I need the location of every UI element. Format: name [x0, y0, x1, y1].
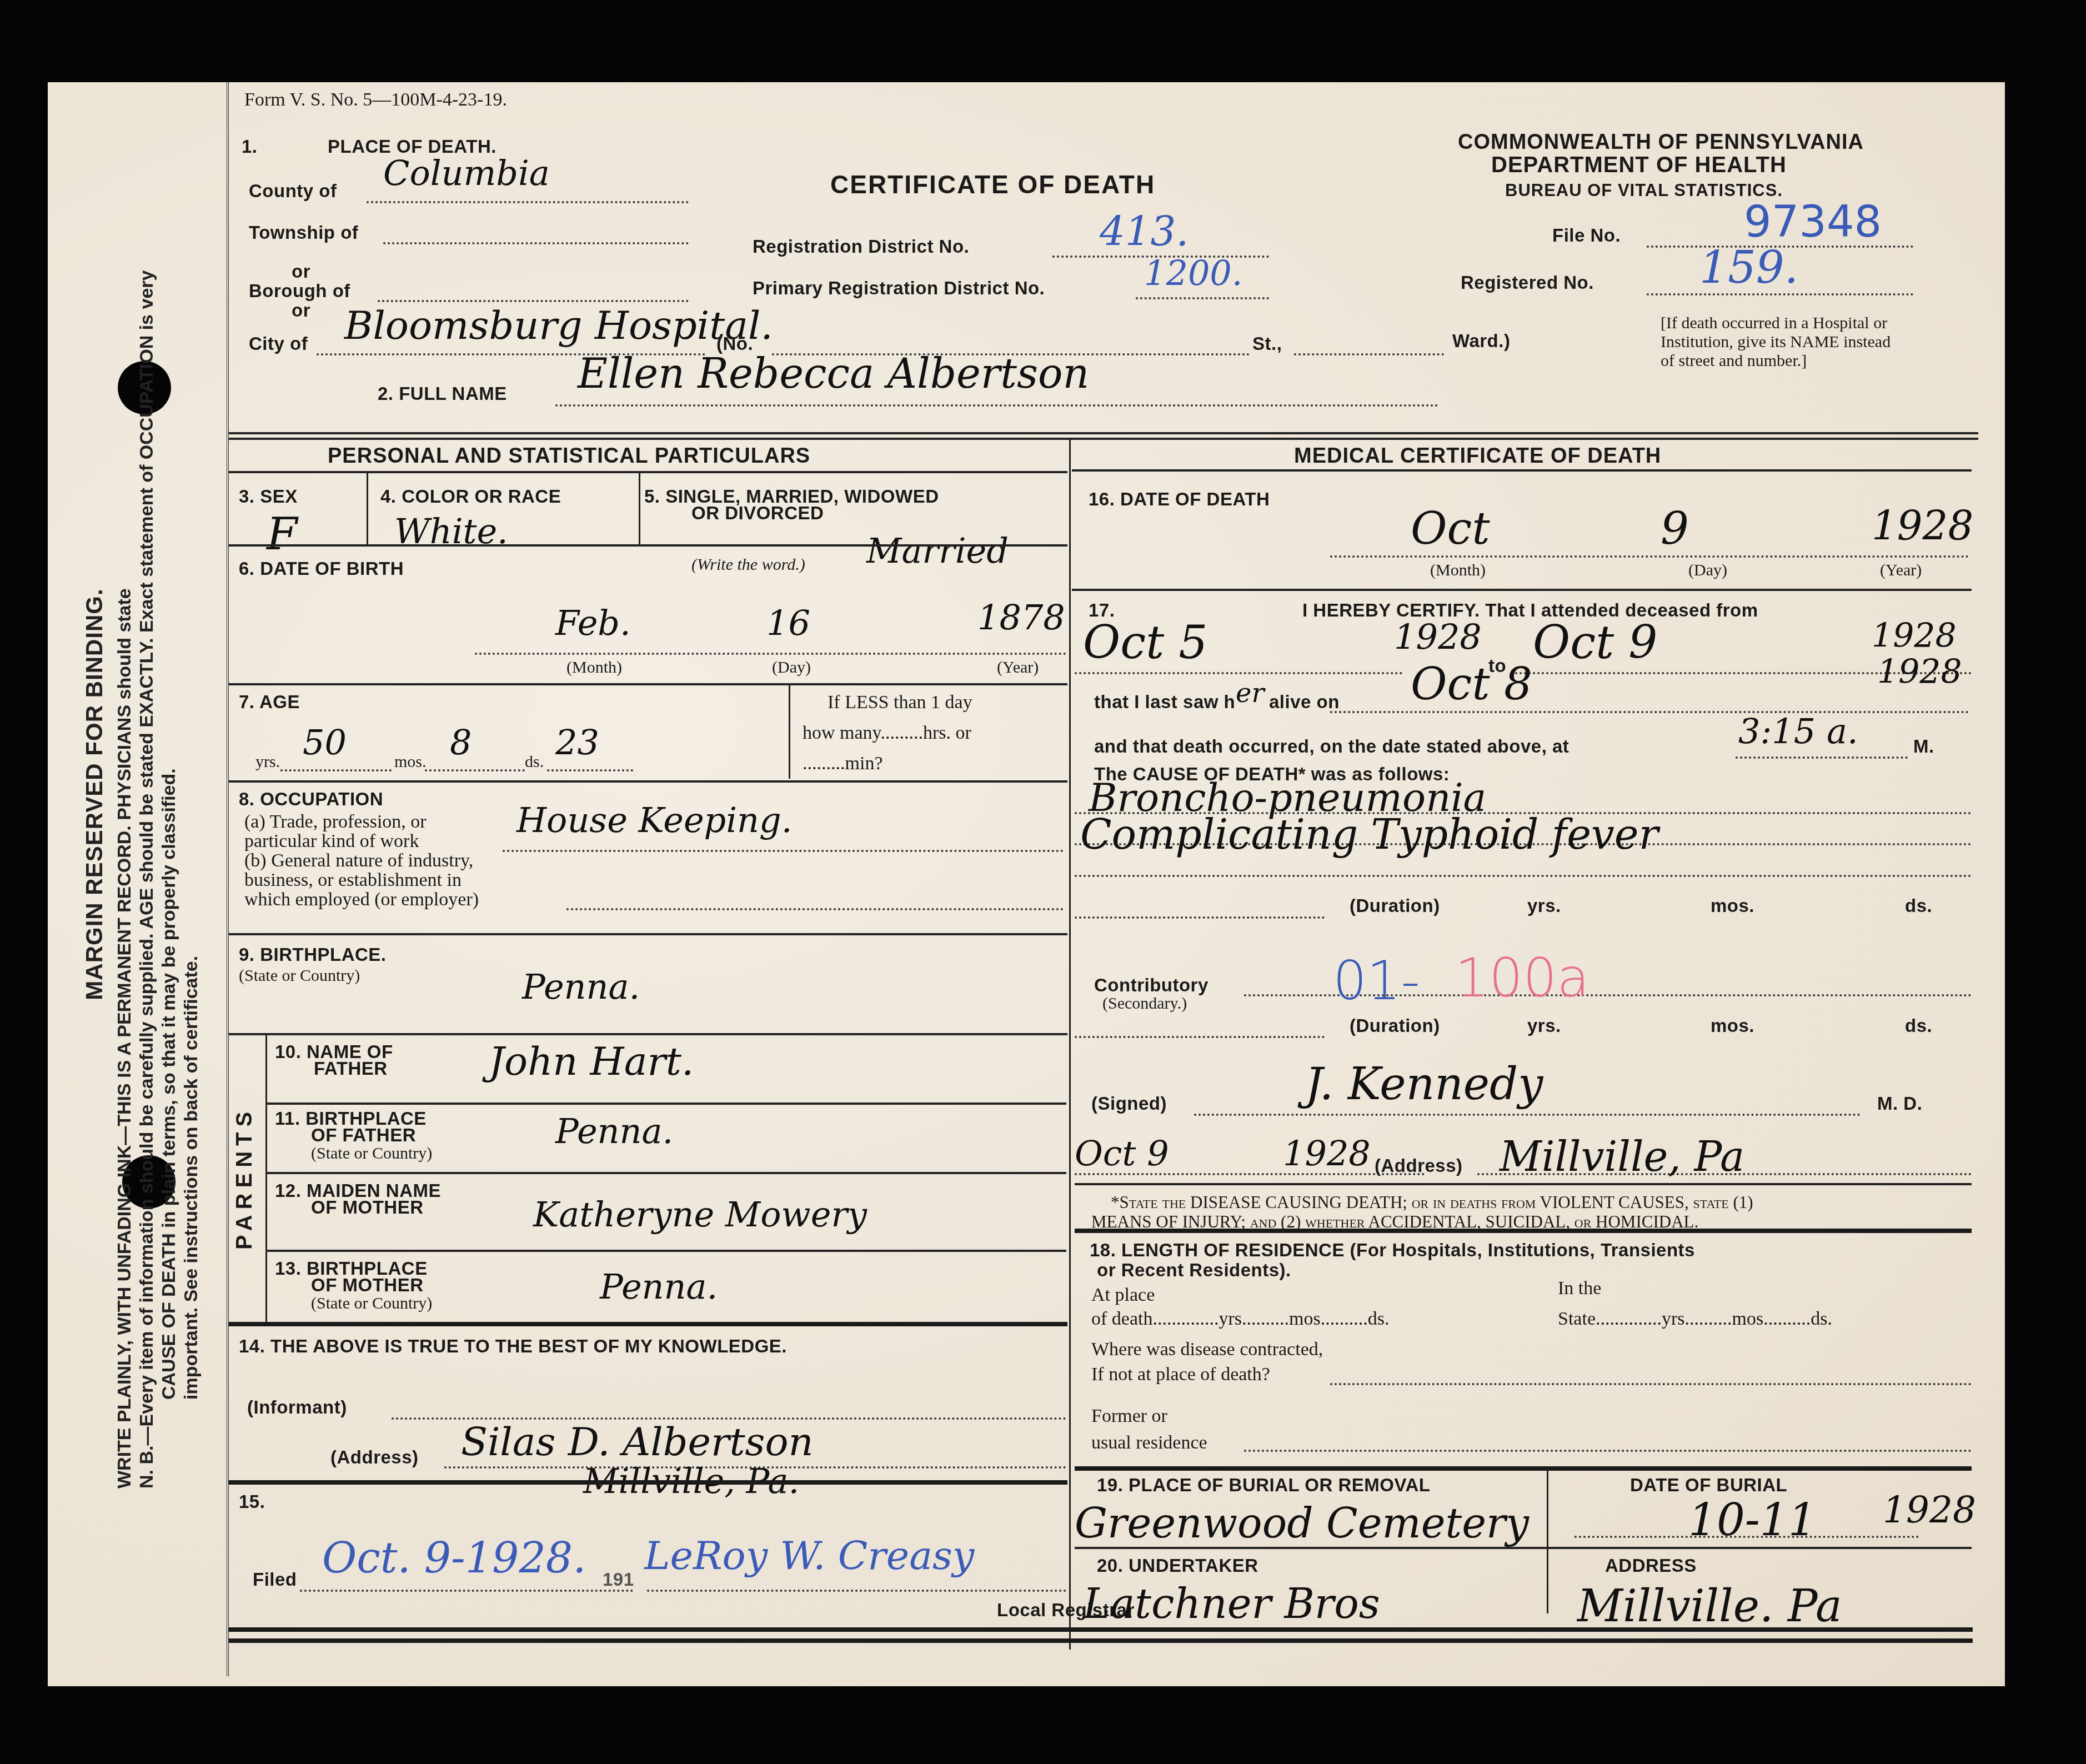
ward-label: Ward.) [1452, 330, 1510, 352]
mother-birthplace-hint: (State or Country) [311, 1294, 432, 1313]
medical-heading: MEDICAL CERTIFICATE OF DEATH [1294, 444, 1661, 468]
occupation-line [503, 850, 1064, 852]
margin-line-2: N. B.—Every item of information should b… [136, 100, 158, 1489]
birthplace-hint: (State or Country) [239, 966, 360, 985]
city-label: City of [249, 333, 308, 354]
residence-label-2: or Recent Residents). [1097, 1260, 1291, 1281]
burial-place: Greenwood Cemetery [1075, 1500, 1529, 1547]
duration-label-2: (Duration) [1350, 1015, 1440, 1036]
divider-medical [1072, 469, 1972, 472]
age-days: 23 [555, 722, 599, 763]
industry-line [566, 908, 1064, 910]
divider-undertaker [1075, 1547, 1972, 1549]
mother-maiden-name: Katheryne Mowery [533, 1194, 867, 1235]
death-occurred-label: and that death occurred, on the date sta… [1094, 736, 1569, 757]
occupation-b-2: business, or establishment in [244, 869, 462, 891]
registrar-line [647, 1590, 1066, 1592]
age-yrs-line [280, 769, 392, 771]
age-mos-line [425, 769, 525, 771]
father-label-2: FATHER [314, 1058, 388, 1079]
primary-district-label: Primary Registration District No. [753, 278, 1045, 299]
death-year-caption: (Year) [1880, 561, 1922, 580]
secondary-label: (Secondary.) [1102, 994, 1187, 1013]
mother-birthplace-value: Penna. [600, 1266, 718, 1307]
former-residence-line [1244, 1450, 1972, 1452]
alive-on-label: alive on [1269, 691, 1340, 713]
less-than-day: If LESS than 1 day [828, 691, 972, 714]
attended-to-date: Oct 9 [1533, 617, 1657, 669]
duration-label-1: (Duration) [1350, 895, 1440, 916]
race-divider [639, 472, 640, 544]
dob-month-caption: (Month) [566, 658, 622, 677]
attended-to-year: 1928 [1872, 617, 1957, 655]
father-birthplace-hint: (State or Country) [311, 1144, 432, 1163]
county-label: County of [249, 181, 337, 202]
column-divider [1069, 439, 1071, 1650]
full-name-line [555, 404, 1438, 407]
contributory-label: Contributory [1094, 975, 1209, 996]
in-state-row: State..............yrs..........mos.....… [1558, 1308, 1832, 1330]
or-label-2: or [292, 300, 310, 321]
burial-year: 1928 [1883, 1489, 1976, 1531]
birthplace-label: 9. BIRTHPLACE. [239, 944, 387, 965]
death-year: 1928 [1872, 503, 1973, 549]
attended-from-year: 1928 [1394, 617, 1482, 657]
signed-date: Oct 9 [1075, 1133, 1169, 1174]
parents-section-label: PARENTS [232, 1106, 257, 1250]
where-contracted-1: Where was disease contracted, [1091, 1339, 1323, 1361]
write-word-hint: (Write the word.) [691, 555, 805, 574]
residence-label: 18. LENGTH OF RESIDENCE (For Hospitals, … [1090, 1240, 1695, 1261]
informant-statement: 14. THE ABOVE IS TRUE TO THE BEST OF MY … [239, 1336, 787, 1357]
age-label: 7. AGE [239, 691, 300, 713]
county-line [367, 201, 689, 203]
attended-from-line [1075, 672, 1402, 674]
township-line [383, 242, 689, 244]
divider-header [229, 432, 1978, 434]
death-month-caption: (Month) [1430, 561, 1486, 580]
certificate-title: CERTIFICATE OF DEATH [830, 169, 1155, 199]
informant-name: Silas D. Albertson [461, 1419, 814, 1465]
occupation-b-3: which employed (or employer) [244, 889, 479, 911]
informant-label: (Informant) [247, 1397, 347, 1418]
race-label: 4. COLOR OR RACE [380, 486, 561, 507]
dob-month: Feb. [555, 603, 631, 643]
divider-burial [1075, 1466, 1972, 1471]
dob-label: 6. DATE OF BIRTH [239, 558, 404, 579]
margin-line-1: WRITE PLAINLY, WITH UNFADING INK—THIS IS… [113, 100, 136, 1489]
at-place-of-death-row: of death..............yrs..........mos..… [1091, 1308, 1389, 1330]
bureau-heading: BUREAU OF VITAL STATISTICS. [1505, 181, 1783, 201]
age-years: 50 [303, 722, 347, 763]
divider-birthplace [229, 933, 1067, 935]
primary-district-line [1136, 297, 1269, 299]
hospital-note: [If death occurred in a Hospital or Inst… [1661, 314, 1894, 370]
township-label: Township of [249, 222, 358, 243]
undertaker-label: 20. UNDERTAKER [1097, 1555, 1258, 1576]
time-of-death-line [1736, 756, 1908, 759]
divider-age [229, 683, 1067, 685]
last-saw-year: 1928 [1877, 653, 1962, 691]
death-day-caption: (Day) [1688, 561, 1727, 580]
divider-footnote [1075, 1183, 1972, 1185]
how-many-min: .........min? [803, 753, 882, 775]
burial-date: 10-11 [1688, 1494, 1817, 1546]
burial-place-label: 19. PLACE OF BURIAL OR REMOVAL [1097, 1475, 1431, 1496]
former-residence-1: Former or [1091, 1405, 1167, 1427]
margin-reserved-note: MARGIN RESERVED FOR BINDING. [83, 100, 106, 1489]
classification-code-red: 100a [1455, 947, 1589, 1009]
cause-secondary: Complicating Typhoid fever [1080, 811, 1658, 859]
registered-no-label: Registered No. [1461, 272, 1594, 293]
footnote-line-1: *State the DISEASE CAUSING DEATH; or in … [1111, 1191, 1753, 1214]
dob-line [475, 653, 1066, 655]
undertaker-address-label: ADDRESS [1605, 1555, 1697, 1576]
last-saw-label: that I last saw h [1094, 691, 1235, 713]
personal-heading: PERSONAL AND STATISTICAL PARTICULARS [328, 444, 810, 468]
duration-mos-1: mos. [1711, 895, 1754, 916]
full-name-value: Ellen Rebecca Albertson [578, 350, 1089, 398]
sex-value: F [267, 508, 298, 560]
duration-yrs-1: yrs. [1527, 895, 1561, 916]
divider-father-bp [267, 1102, 1066, 1105]
in-the-label: In the [1558, 1277, 1601, 1300]
filed-date: Oct. 9-1928. [322, 1533, 586, 1582]
date-of-death-label: 16. DATE OF DEATH [1089, 489, 1270, 510]
registration-district-label: Registration District No. [753, 236, 969, 257]
full-name-label: 2. FULL NAME [378, 383, 507, 404]
attended-from-date: Oct 5 [1083, 617, 1207, 669]
occupation-value: House Keeping. [517, 800, 792, 840]
informant-address-label: (Address) [330, 1447, 419, 1468]
last-saw-pronoun-suffix: er [1236, 678, 1264, 709]
death-month: Oct [1411, 503, 1490, 554]
date-of-death-line [1330, 555, 1969, 558]
signed-year: 1928 [1283, 1133, 1371, 1174]
divider-informant [229, 1322, 1067, 1326]
father-name: John Hart. [489, 1039, 694, 1084]
duration-blank-1 [1075, 916, 1325, 919]
former-residence-2: usual residence [1091, 1432, 1207, 1454]
printed-year-prefix: 191 [603, 1569, 634, 1590]
time-of-death: 3:15 a. [1738, 711, 1858, 751]
registered-no-line [1647, 293, 1913, 295]
duration-blank-2 [1075, 1036, 1325, 1038]
occupation-b-1: (b) General nature of industry, [244, 850, 473, 872]
department-heading: DEPARTMENT OF HEALTH [1491, 153, 1787, 178]
last-saw-date: Oct 8 [1411, 658, 1532, 710]
marital-label-2: OR DIVORCED [691, 503, 824, 524]
filed-date-line [300, 1590, 633, 1592]
divider-mother [267, 1172, 1066, 1174]
occupation-label: 8. OCCUPATION [239, 789, 383, 810]
city-value: Bloomsburg Hospital. [344, 303, 773, 348]
dob-day-caption: (Day) [772, 658, 811, 677]
divider-certify [1072, 589, 1972, 591]
occupation-a-1: (a) Trade, profession, or [244, 811, 427, 833]
mother-birthplace-label-2: OF MOTHER [311, 1275, 423, 1296]
cause-line-3 [1075, 875, 1972, 877]
margin-line-3: CAUSE OF DEATH in plain terms, so that i… [158, 100, 180, 1489]
item-1-number: 1. [242, 136, 258, 157]
mother-label-2: OF MOTHER [311, 1197, 423, 1218]
margin-line-4: important. See instructions on back of c… [180, 100, 202, 1489]
yrs-label: yrs. [255, 753, 280, 771]
undertaker-name: Latchner Bros [1083, 1580, 1380, 1628]
sex-label: 3. SEX [239, 486, 298, 507]
dob-year-caption: (Year) [997, 658, 1039, 677]
divider-filing [229, 1480, 1067, 1485]
how-many-hours: how many.........hrs. or [803, 722, 971, 744]
registered-no-value: 159. [1699, 242, 1798, 293]
where-contracted-2: If not at place of death? [1091, 1364, 1270, 1386]
divider-bottom-2 [229, 1638, 1973, 1643]
duration-mos-2: mos. [1711, 1015, 1754, 1036]
borough-line [378, 300, 689, 302]
dob-year: 1878 [977, 597, 1065, 638]
margin-instructions: MARGIN RESERVED FOR BINDING. WRITE PLAIN… [83, 100, 228, 1489]
file-no-label: File No. [1552, 225, 1621, 246]
where-contracted-line [1330, 1383, 1972, 1385]
mos-label: mos. [394, 753, 427, 771]
physician-address-label: (Address) [1375, 1155, 1463, 1176]
divider-mother-bp [267, 1250, 1066, 1252]
divider-header-2 [229, 438, 1978, 440]
physician-address: Millville, Pa [1500, 1133, 1744, 1181]
file-no-value: 97348 [1744, 197, 1882, 247]
borough-label: Borough of [249, 280, 350, 302]
duration-ds-1: ds. [1905, 895, 1932, 916]
age-ds-line [547, 769, 633, 771]
at-place-label: At place [1091, 1284, 1155, 1306]
last-saw-line [1330, 711, 1969, 713]
ward-line [1294, 353, 1444, 355]
divider-bottom [229, 1627, 1973, 1632]
marital-value: Married [866, 530, 1009, 571]
filed-label: Filed [253, 1569, 297, 1590]
burial-date-label: DATE OF BURIAL [1630, 1475, 1787, 1496]
divider-dob [229, 544, 1067, 547]
occupation-a-2: particular kind of work [244, 830, 419, 853]
divider-personal [229, 471, 1067, 473]
divider-parents [229, 1033, 1067, 1035]
physician-signature: J. Kennedy [1305, 1058, 1543, 1110]
registrar-signature: LeRoy W. Creasy [644, 1533, 974, 1578]
item-15-number: 15. [239, 1491, 265, 1512]
county-value: Columbia [383, 153, 550, 193]
md-label: M. D. [1877, 1093, 1922, 1114]
death-day: 9 [1661, 503, 1689, 554]
father-birthplace-label-2: OF FATHER [311, 1125, 416, 1146]
undertaker-address: Millville. Pa [1577, 1580, 1842, 1632]
meridiem-label: M. [1913, 736, 1934, 757]
age-divider [789, 684, 790, 779]
certify-statement: I HEREBY CERTIFY. That I attended deceas… [1302, 600, 1758, 621]
form-number: Form V. S. No. 5—100M-4-23-19. [244, 89, 507, 111]
burial-divider [1547, 1469, 1548, 1613]
primary-district-value: 1200. [1144, 253, 1243, 293]
birthplace-value: Penna. [522, 966, 640, 1007]
parents-divider [265, 1034, 267, 1323]
street-label: St., [1252, 333, 1282, 354]
age-months: 8 [450, 722, 472, 763]
commonwealth-heading: COMMONWEALTH OF PENNSYLVANIA [1458, 131, 1864, 154]
classification-code-blue: 01- [1333, 950, 1420, 1012]
dob-day: 16 [766, 603, 810, 643]
signed-label: (Signed) [1091, 1093, 1167, 1114]
father-birthplace-value: Penna. [555, 1111, 673, 1151]
duration-ds-2: ds. [1905, 1015, 1932, 1036]
signature-line [1194, 1114, 1861, 1116]
or-label-1: or [292, 261, 310, 282]
ds-label: ds. [525, 753, 544, 771]
divider-residence [1075, 1229, 1972, 1233]
divider-occupation [229, 780, 1067, 783]
sex-divider [367, 472, 368, 544]
duration-yrs-2: yrs. [1527, 1015, 1561, 1036]
registration-district-value: 413. [1100, 208, 1189, 255]
